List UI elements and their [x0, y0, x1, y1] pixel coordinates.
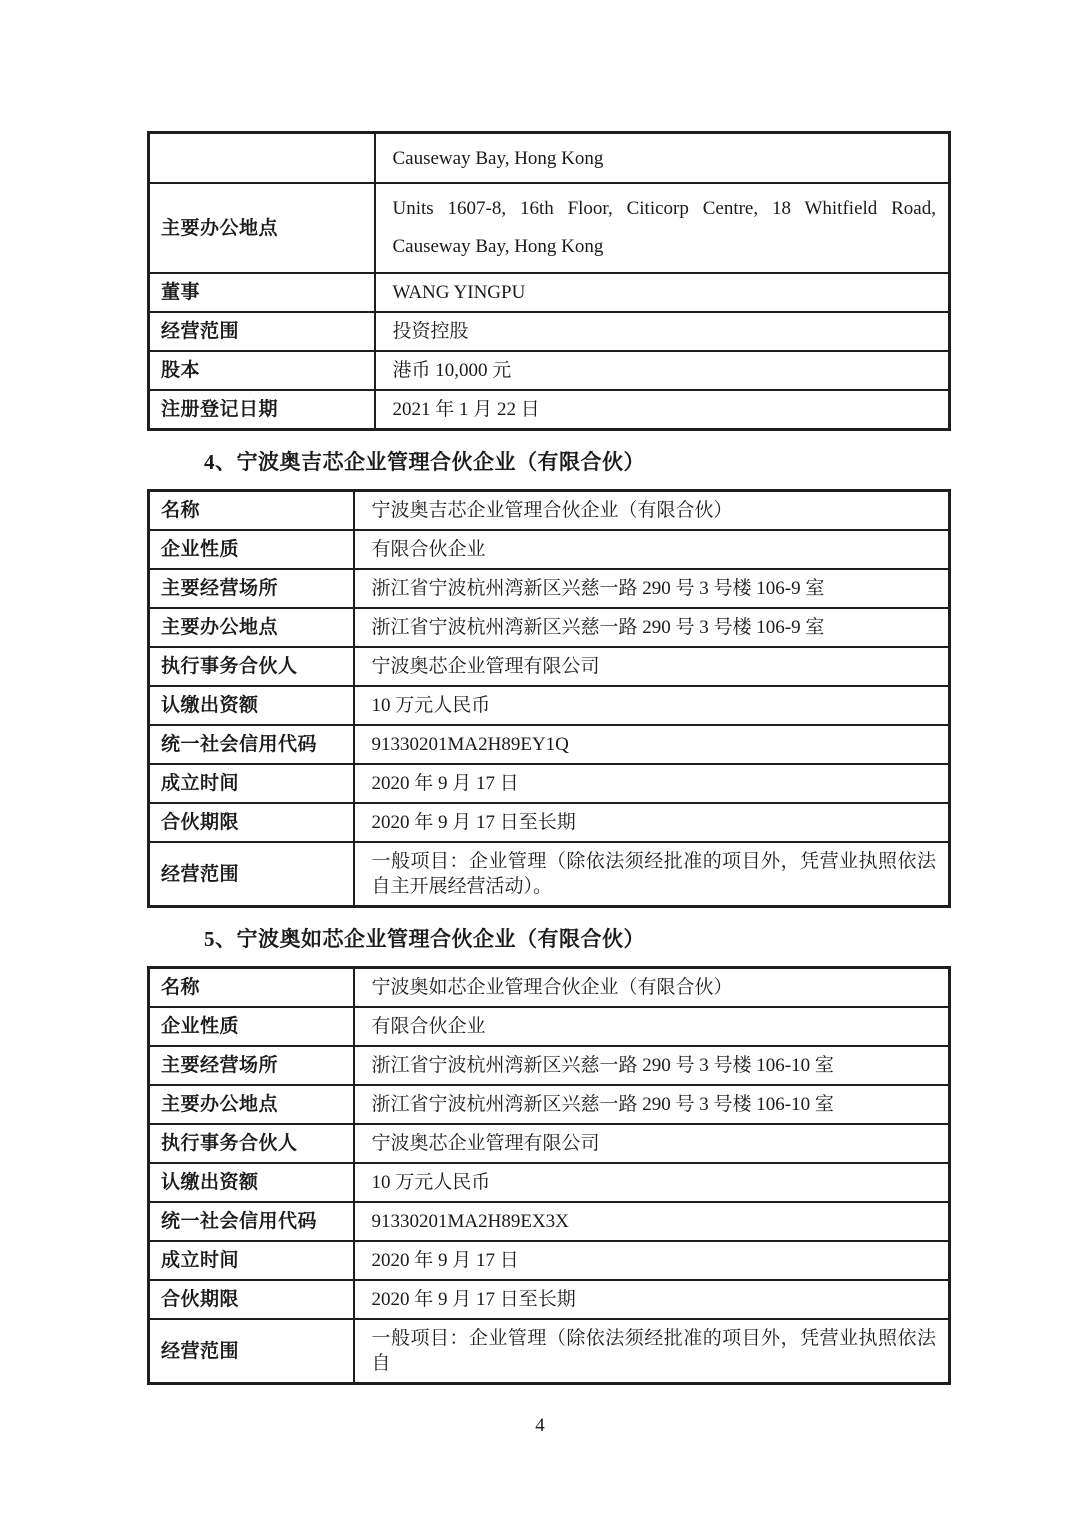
row-value: 2020 年 9 月 17 日	[354, 764, 950, 803]
row-label: 经营范围	[149, 1319, 354, 1384]
table-row: 主要办公地点 浙江省宁波杭州湾新区兴慈一路 290 号 3 号楼 106-9 室	[149, 608, 950, 647]
table-row: 主要经营场所 浙江省宁波杭州湾新区兴慈一路 290 号 3 号楼 106-9 室	[149, 569, 950, 608]
row-label: 认缴出资额	[149, 686, 354, 725]
table-row: 成立时间 2020 年 9 月 17 日	[149, 764, 950, 803]
row-label: 名称	[149, 491, 354, 531]
row-value: 2020 年 9 月 17 日至长期	[354, 803, 950, 842]
row-value: WANG YINGPU	[375, 273, 950, 312]
row-value: 2021 年 1 月 22 日	[375, 390, 950, 430]
row-label: 主要办公地点	[149, 608, 354, 647]
table-row: 名称 宁波奥吉芯企业管理合伙企业（有限合伙）	[149, 491, 950, 531]
row-label: 企业性质	[149, 530, 354, 569]
table-row: 执行事务合伙人 宁波奥芯企业管理有限公司	[149, 647, 950, 686]
row-label: 统一社会信用代码	[149, 725, 354, 764]
table-row: Causeway Bay, Hong Kong	[149, 133, 950, 184]
table-row: 主要办公地点 浙江省宁波杭州湾新区兴慈一路 290 号 3 号楼 106-10 …	[149, 1085, 950, 1124]
page-number: 4	[0, 1415, 1080, 1437]
section-heading-4: 4、宁波奥吉芯企业管理合伙企业（有限合伙）	[204, 447, 951, 477]
row-label: 执行事务合伙人	[149, 1124, 354, 1163]
row-label: 股本	[149, 351, 375, 390]
row-value: 有限合伙企业	[354, 1007, 950, 1046]
row-label: 名称	[149, 968, 354, 1008]
table-row: 经营范围 一般项目：企业管理（除依法须经批准的项目外，凭营业执照依法自主开展经营…	[149, 842, 950, 907]
row-label	[149, 133, 375, 184]
row-value: Units 1607-8, 16th Floor, Citicorp Centr…	[375, 183, 950, 273]
row-label: 合伙期限	[149, 803, 354, 842]
row-value: 10 万元人民币	[354, 686, 950, 725]
document-page: Causeway Bay, Hong Kong 主要办公地点 Units 160…	[0, 0, 1080, 1527]
table-ningbo-aoruxin: 名称 宁波奥如芯企业管理合伙企业（有限合伙） 企业性质 有限合伙企业 主要经营场…	[147, 966, 951, 1385]
row-value: 浙江省宁波杭州湾新区兴慈一路 290 号 3 号楼 106-10 室	[354, 1046, 950, 1085]
row-value: 浙江省宁波杭州湾新区兴慈一路 290 号 3 号楼 106-10 室	[354, 1085, 950, 1124]
row-label: 主要经营场所	[149, 569, 354, 608]
table-row: 企业性质 有限合伙企业	[149, 530, 950, 569]
table-row: 名称 宁波奥如芯企业管理合伙企业（有限合伙）	[149, 968, 950, 1008]
table-row: 统一社会信用代码 91330201MA2H89EX3X	[149, 1202, 950, 1241]
table-row: 合伙期限 2020 年 9 月 17 日至长期	[149, 1280, 950, 1319]
table-row: 经营范围 一般项目：企业管理（除依法须经批准的项目外，凭营业执照依法自	[149, 1319, 950, 1384]
row-label: 经营范围	[149, 842, 354, 907]
row-label: 主要办公地点	[149, 1085, 354, 1124]
row-value: 宁波奥吉芯企业管理合伙企业（有限合伙）	[354, 491, 950, 531]
table-hk-subsidiary: Causeway Bay, Hong Kong 主要办公地点 Units 160…	[147, 131, 951, 431]
page-content: Causeway Bay, Hong Kong 主要办公地点 Units 160…	[147, 131, 951, 1437]
row-label: 认缴出资额	[149, 1163, 354, 1202]
row-value: 91330201MA2H89EX3X	[354, 1202, 950, 1241]
row-label: 主要办公地点	[149, 183, 375, 273]
table-row: 认缴出资额 10 万元人民币	[149, 1163, 950, 1202]
row-value: 浙江省宁波杭州湾新区兴慈一路 290 号 3 号楼 106-9 室	[354, 608, 950, 647]
row-value: 一般项目：企业管理（除依法须经批准的项目外，凭营业执照依法自	[354, 1319, 950, 1384]
row-value: 有限合伙企业	[354, 530, 950, 569]
table-ningbo-aojixin: 名称 宁波奥吉芯企业管理合伙企业（有限合伙） 企业性质 有限合伙企业 主要经营场…	[147, 489, 951, 908]
row-label: 成立时间	[149, 1241, 354, 1280]
row-label: 执行事务合伙人	[149, 647, 354, 686]
table-row: 股本 港币 10,000 元	[149, 351, 950, 390]
row-value: 宁波奥芯企业管理有限公司	[354, 1124, 950, 1163]
row-value: 91330201MA2H89EY1Q	[354, 725, 950, 764]
row-label: 成立时间	[149, 764, 354, 803]
row-value: 宁波奥如芯企业管理合伙企业（有限合伙）	[354, 968, 950, 1008]
table-row: 主要办公地点 Units 1607-8, 16th Floor, Citicor…	[149, 183, 950, 273]
row-value: 2020 年 9 月 17 日	[354, 1241, 950, 1280]
table-row: 执行事务合伙人 宁波奥芯企业管理有限公司	[149, 1124, 950, 1163]
table-row: 认缴出资额 10 万元人民币	[149, 686, 950, 725]
row-label: 经营范围	[149, 312, 375, 351]
table-row: 合伙期限 2020 年 9 月 17 日至长期	[149, 803, 950, 842]
table-row: 董事 WANG YINGPU	[149, 273, 950, 312]
table-row: 统一社会信用代码 91330201MA2H89EY1Q	[149, 725, 950, 764]
row-value: 10 万元人民币	[354, 1163, 950, 1202]
row-label: 统一社会信用代码	[149, 1202, 354, 1241]
row-value: 投资控股	[375, 312, 950, 351]
table-row: 企业性质 有限合伙企业	[149, 1007, 950, 1046]
row-label: 董事	[149, 273, 375, 312]
table-row: 成立时间 2020 年 9 月 17 日	[149, 1241, 950, 1280]
row-label: 合伙期限	[149, 1280, 354, 1319]
section-heading-5: 5、宁波奥如芯企业管理合伙企业（有限合伙）	[204, 924, 951, 954]
row-label: 企业性质	[149, 1007, 354, 1046]
table-row: 主要经营场所 浙江省宁波杭州湾新区兴慈一路 290 号 3 号楼 106-10 …	[149, 1046, 950, 1085]
row-value: 宁波奥芯企业管理有限公司	[354, 647, 950, 686]
row-label: 注册登记日期	[149, 390, 375, 430]
table-row: 注册登记日期 2021 年 1 月 22 日	[149, 390, 950, 430]
row-value: Causeway Bay, Hong Kong	[375, 133, 950, 184]
row-value: 港币 10,000 元	[375, 351, 950, 390]
table-row: 经营范围 投资控股	[149, 312, 950, 351]
row-value: 浙江省宁波杭州湾新区兴慈一路 290 号 3 号楼 106-9 室	[354, 569, 950, 608]
row-value: 一般项目：企业管理（除依法须经批准的项目外，凭营业执照依法自主开展经营活动）。	[354, 842, 950, 907]
row-value: 2020 年 9 月 17 日至长期	[354, 1280, 950, 1319]
row-label: 主要经营场所	[149, 1046, 354, 1085]
